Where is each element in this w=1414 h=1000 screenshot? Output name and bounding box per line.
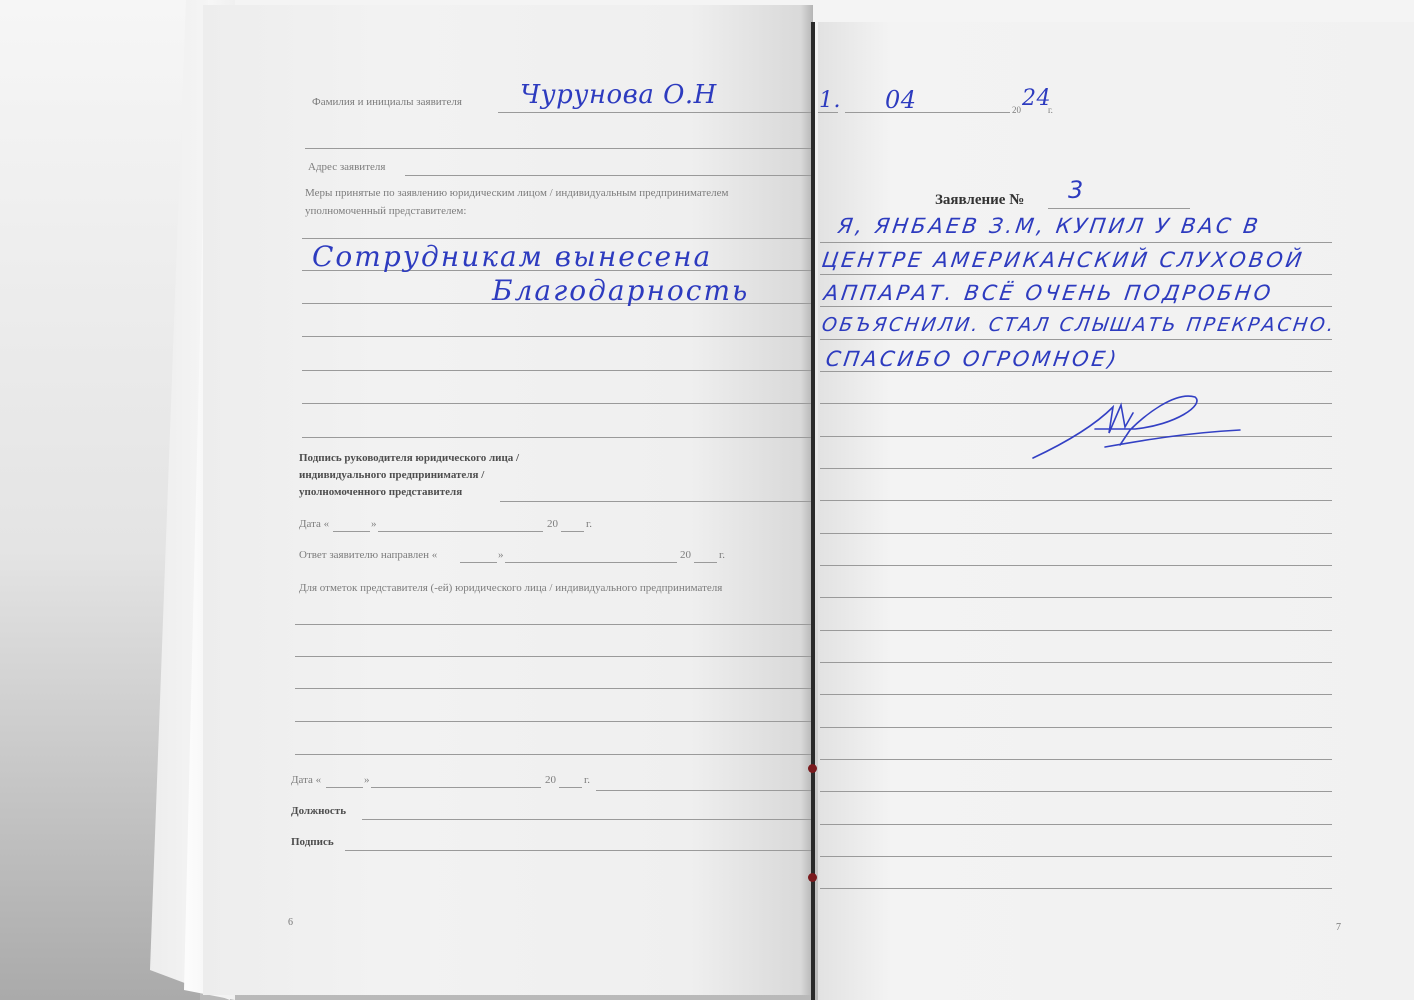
statement-line [820, 727, 1332, 728]
sign-line[interactable] [345, 850, 813, 851]
response-label: Ответ заявителю направлен « [299, 549, 437, 562]
measures-label: Меры принятые по заявлению юридическим л… [305, 187, 729, 200]
measures-line [302, 238, 813, 239]
statement-line [820, 694, 1332, 695]
date-year-prefix: 20 [1012, 104, 1021, 117]
response-year-suffix: г. [719, 549, 725, 562]
sign-label: Подпись [291, 836, 334, 849]
measures-line [302, 336, 813, 337]
statement-text-line[interactable]: ЦЕНТРЕ АМЕРИКАНСКИЙ СЛУХОВОЙ [820, 248, 1306, 272]
date-month-line [845, 112, 1010, 113]
date2-year-suffix: г. [584, 774, 590, 787]
response-month-line[interactable] [505, 562, 677, 563]
response-year-prefix: 20 [680, 549, 691, 562]
notes-line[interactable] [295, 656, 813, 657]
address-label: Адрес заявителя [308, 161, 385, 174]
measures-line [302, 403, 813, 404]
date-month-line[interactable] [378, 531, 543, 532]
statement-text-line[interactable]: Я, ЯНБАЕВ З.М, КУПИЛ У ВАС В [836, 214, 1262, 238]
statement-number[interactable]: 3 [1068, 176, 1084, 204]
page-number-right: 7 [1336, 922, 1341, 933]
position-label: Должность [291, 805, 346, 818]
date-quote: » [371, 518, 377, 531]
signature-label-cont: индивидуального предпринимателя / [299, 469, 484, 482]
measures-label-cont: уполномоченный представителем: [305, 205, 466, 218]
statement-line [820, 242, 1332, 243]
date2-day-line[interactable] [326, 787, 363, 788]
statement-line [820, 791, 1332, 792]
address-line[interactable] [405, 175, 813, 176]
date-year-suffix: г. [586, 518, 592, 531]
statement-line [820, 371, 1332, 372]
statement-line [820, 468, 1332, 469]
statement-line [820, 759, 1332, 760]
date-label: Дата « [299, 518, 329, 531]
statement-line [820, 597, 1332, 598]
measures-value[interactable]: Сотрудникам вынесена [312, 240, 712, 273]
statement-line [820, 856, 1332, 857]
applicant-name-value[interactable]: Чурунова О.Н [520, 80, 717, 110]
statement-text-line[interactable]: СПАСИБО ОГРОМНОЕ) [824, 347, 1121, 371]
measures-value-cont[interactable]: Благодарность [492, 274, 749, 307]
notes-line[interactable] [295, 754, 813, 755]
measures-line [302, 370, 813, 371]
statement-line [820, 306, 1332, 307]
notes-line[interactable] [295, 688, 813, 689]
book-spine [811, 22, 815, 1000]
statement-number-line [1048, 208, 1190, 209]
statement-line [820, 565, 1332, 566]
statement-line [820, 533, 1332, 534]
statement-line [820, 662, 1332, 663]
position-line[interactable] [362, 819, 813, 820]
signature-label: Подпись руководителя юридического лица / [299, 452, 519, 465]
notes-label: Для отметок представителя (-ей) юридичес… [299, 582, 722, 595]
date-year-suffix: г. [1048, 104, 1053, 117]
date2-label: Дата « [291, 774, 321, 787]
statement-line [820, 630, 1332, 631]
blank-line [305, 148, 813, 149]
statement-line [820, 274, 1332, 275]
applicant-name-line [498, 112, 813, 113]
response-year-line[interactable] [694, 562, 717, 563]
date-year-line[interactable] [561, 531, 584, 532]
response-quote: » [498, 549, 504, 562]
statement-line [820, 500, 1332, 501]
date2-year-line[interactable] [559, 787, 582, 788]
statement-line [820, 824, 1332, 825]
statement-title: Заявление № [935, 192, 1024, 209]
right-page [818, 22, 1414, 1000]
date2-trailing-line [596, 790, 813, 791]
date-day-line[interactable] [333, 531, 370, 532]
binding-stitch [808, 764, 817, 773]
page-number-left: 6 [288, 917, 293, 928]
applicant-signature [1025, 385, 1255, 465]
statement-text-line[interactable]: ОБЪЯСНИЛИ. СТАЛ СЛЫШАТЬ ПРЕКРАСНО. [820, 314, 1337, 336]
date2-year-prefix: 20 [545, 774, 556, 787]
date2-month-line[interactable] [371, 787, 541, 788]
date-day-line [818, 112, 838, 113]
applicant-name-label: Фамилия и инициалы заявителя [312, 96, 462, 109]
response-day-line[interactable] [460, 562, 497, 563]
date-day-value[interactable]: 1. [819, 88, 841, 113]
date-year-prefix: 20 [547, 518, 558, 531]
statement-text-line[interactable]: АППАРАТ. ВСЁ ОЧЕНЬ ПОДРОБНО [822, 281, 1275, 305]
date2-quote: » [364, 774, 370, 787]
notes-line[interactable] [295, 721, 813, 722]
signature-label-cont: уполномоченного представителя [299, 486, 462, 499]
statement-line [820, 339, 1332, 340]
signature-line[interactable] [500, 501, 813, 502]
date-month-value[interactable]: 04 [885, 86, 917, 114]
measures-line [302, 437, 813, 438]
binding-stitch [808, 873, 817, 882]
statement-line [820, 888, 1332, 889]
notes-line[interactable] [295, 624, 813, 625]
date-year-value[interactable]: 24 [1022, 86, 1051, 111]
